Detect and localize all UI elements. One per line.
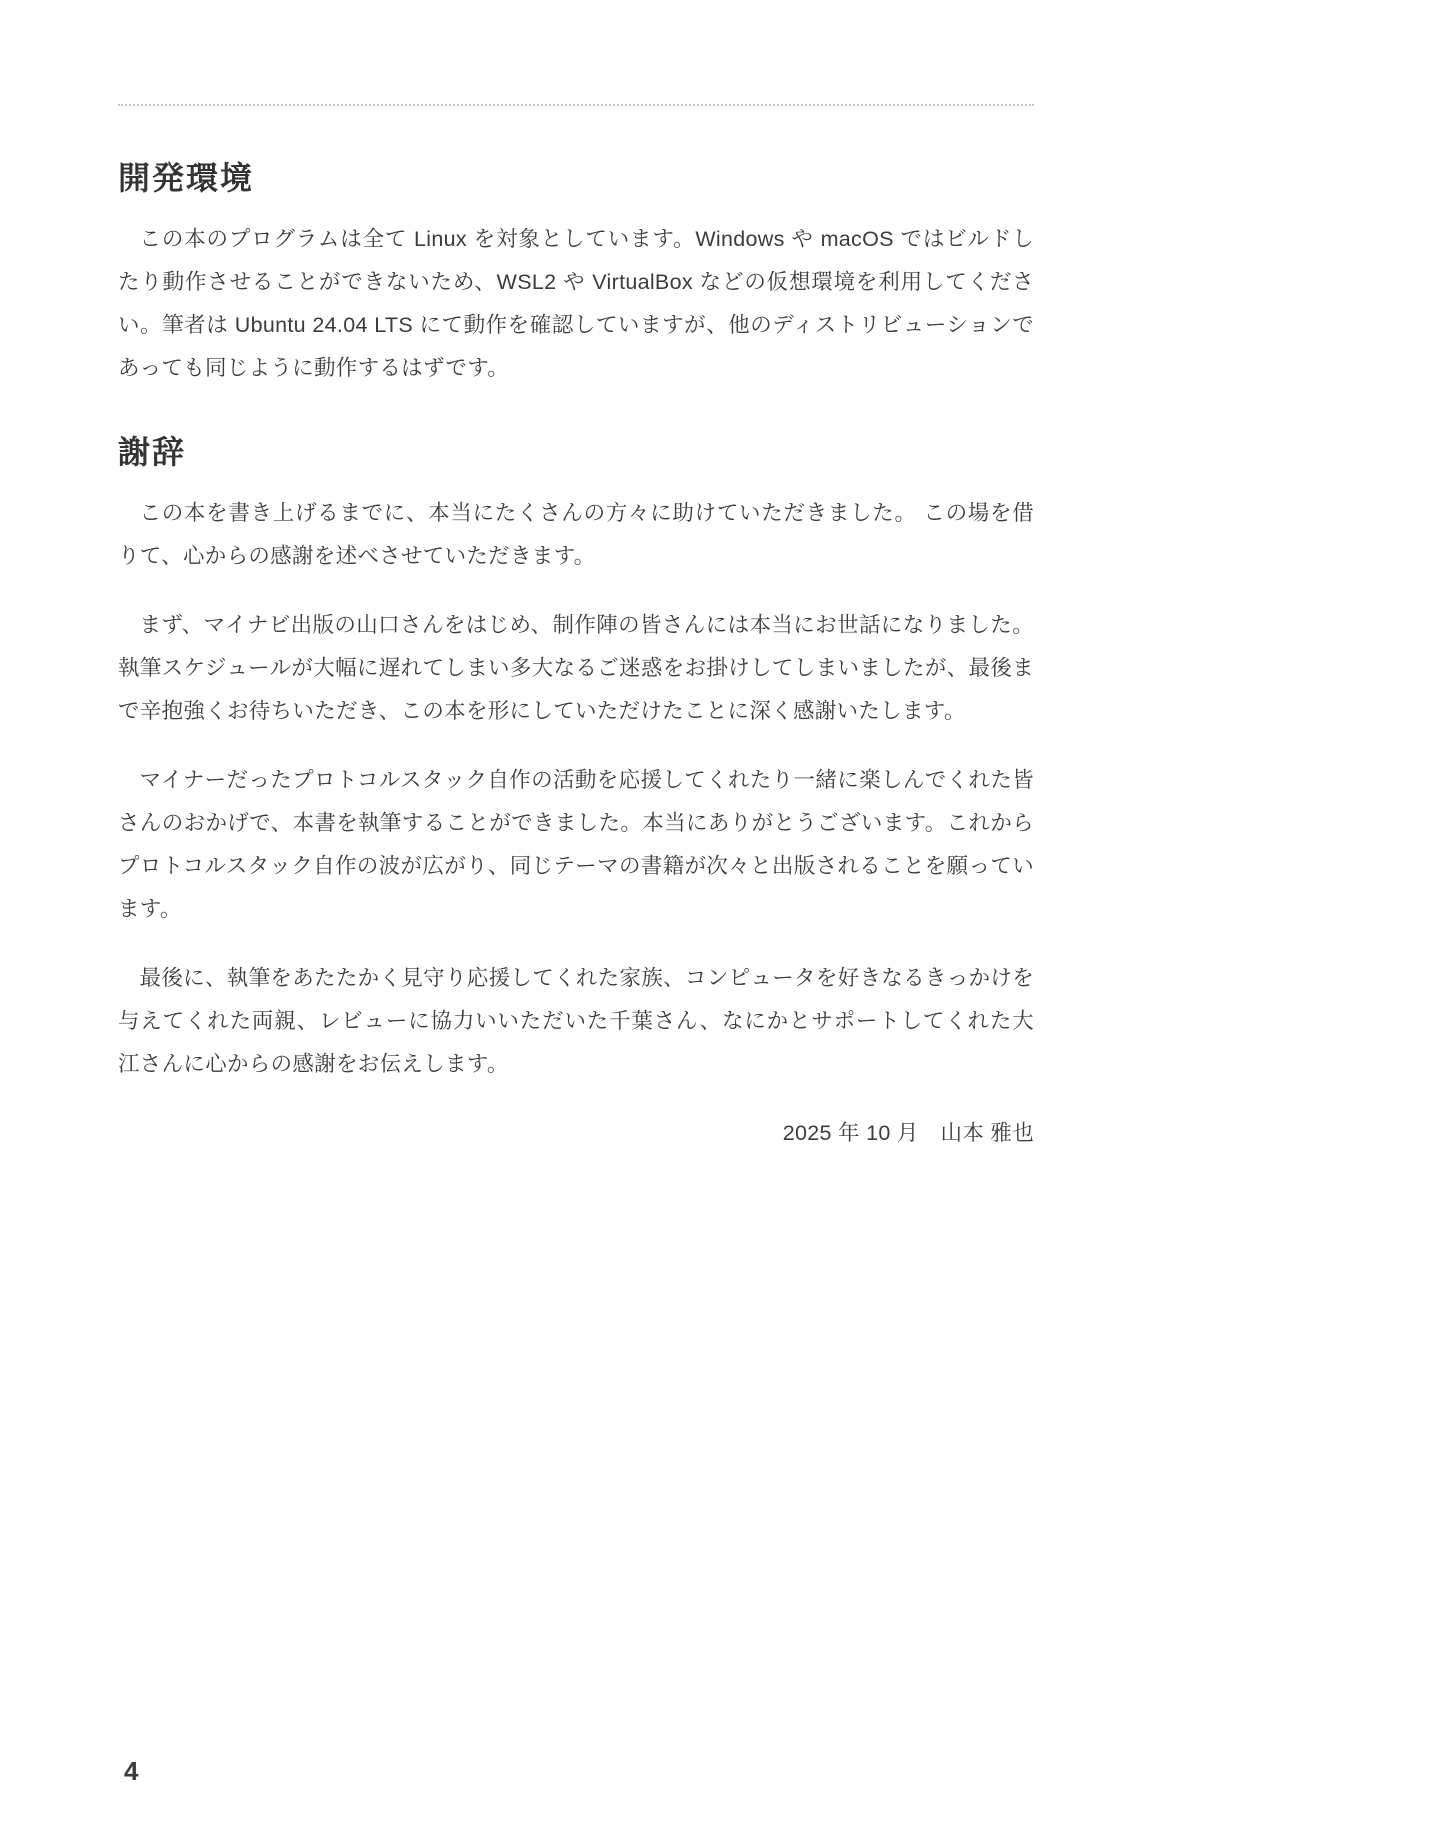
section-heading-dev-environment: 開発環境 <box>118 160 1034 196</box>
page-content: 開発環境 この本のプログラムは全て Linux を対象としています。Window… <box>118 160 1034 1155</box>
book-page: 開発環境 この本のプログラムは全て Linux を対象としています。Window… <box>0 0 1433 1843</box>
paragraph: マイナーだったプロトコルスタック自作の活動を応援してくれたり一緒に楽しんでくれた… <box>118 759 1034 931</box>
dotted-divider <box>118 104 1034 106</box>
section-heading-acknowledgments: 謝辞 <box>118 434 1034 470</box>
page-number: 4 <box>124 1756 138 1787</box>
signature-date-author: 2025 年 10 月 山本 雅也 <box>118 1112 1034 1155</box>
paragraph: まず、マイナビ出版の山口さんをはじめ、制作陣の皆さんには本当にお世話になりました… <box>118 604 1034 733</box>
paragraph: この本のプログラムは全て Linux を対象としています。Windows や m… <box>118 218 1034 390</box>
paragraph: 最後に、執筆をあたたかく見守り応援してくれた家族、コンピュータを好きなるきっかけ… <box>118 957 1034 1086</box>
paragraph: この本を書き上げるまでに、本当にたくさんの方々に助けていただきました。 この場を… <box>118 492 1034 578</box>
